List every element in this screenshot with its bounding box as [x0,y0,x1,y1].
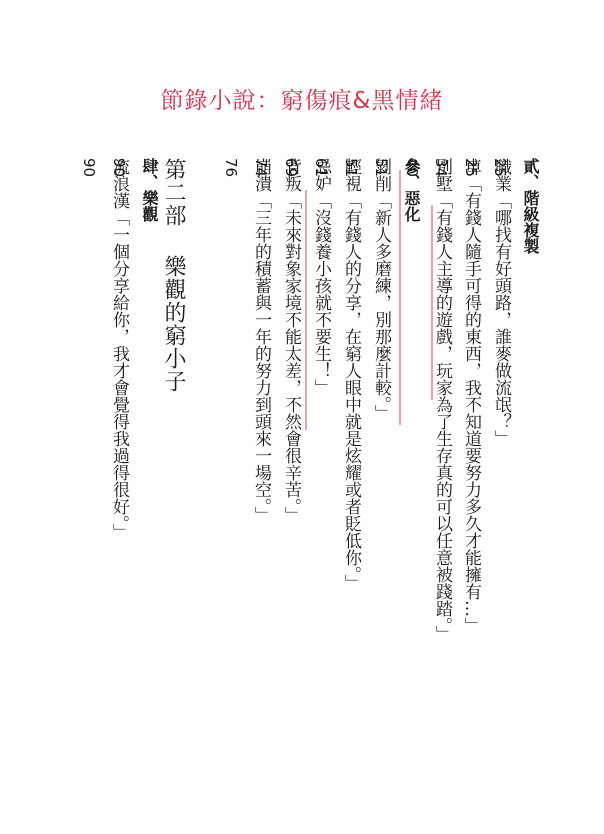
part-label: 第二部 [161,158,186,227]
chapter-heading: 貳、階級複製 [516,158,544,778]
part-name: 樂觀的窮小子 [161,255,186,393]
entry-text: 流浪漢「一個分享給你，我才會覺得我過得很好。」 [105,158,133,778]
document-title: 節錄小說：窮傷痕&黑情緒 [0,82,604,115]
chapter-heading: 參、惡化 [397,158,425,778]
toc-entry-vagrant[interactable]: 流浪漢「一個分享給你，我才會覺得我過得很好。」 90 [75,158,133,778]
toc-entry-breakdown[interactable]: 崩潰「三年的積蓄與一年的努力到頭來一場空。」 76 [217,158,275,778]
page-number: 90 [75,158,103,778]
entry-text: 輕視「有錢人的分享，在窮人眼中就是炫耀或者貶低你。」 [337,158,365,778]
annotation-line [305,190,307,430]
entry-text: 車「有錢人隨手可得的東西，我不知道要努力多久才能擁有…」 [457,158,485,778]
entry-text: 忌妒「沒錢養小孩就不要生！」 [307,158,335,778]
entry-text: 背叛「未來對象家境不能太差，不然會很辛苦。」 [277,158,305,778]
annotation-line [431,205,433,400]
entry-text: 崩潰「三年的積蓄與一年的努力到頭來一場空。」 [247,158,275,778]
entry-text: 職業「哪找有好頭路，誰麥做流氓？」 [487,158,515,778]
chapter-heading: 肆、樂觀 [135,158,163,778]
entry-text: 剝削「新人多磨練，別那麼計較。」 [367,158,395,778]
page-number: 76 [217,158,245,778]
annotation-line [399,170,401,425]
